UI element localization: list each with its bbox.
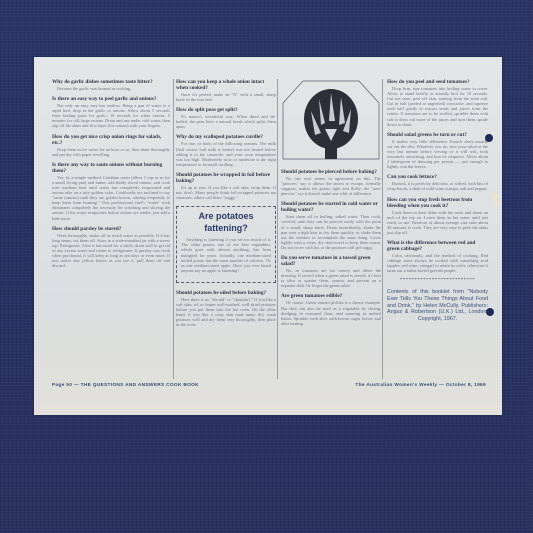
question: Should potatoes be wrapped in foil befor… [176,172,276,184]
qa-item: How can you keep a whole onion intact wh… [176,79,276,102]
qa-item: Should potatoes be oiled before baking?H… [176,290,276,328]
punch-hole-icon [486,308,494,316]
question: Do you serve tomatoes in a tossed green … [281,255,381,267]
qa-item: Is there any way to saute onions without… [52,162,170,221]
column-3: Should potatoes be pierced before baking… [281,79,381,331]
qa-item: Can you cook lettuce?Braised, it is perf… [387,174,488,191]
question: How do you peel and seed tomatoes? [387,79,488,85]
answer: Braised, it is perfectly delicious, or w… [387,181,488,191]
artichoke-icon [281,79,381,161]
answer: Color, obviously, and the method of cook… [387,253,488,273]
answer: Yes, by a simple method. Combine water (… [52,175,170,221]
qa-item: What is the difference between red and g… [387,240,488,273]
footer-publication: The Australian Women's Weekly — October … [355,383,486,388]
answer: Here there is no "should" or "shouldn't.… [176,297,276,328]
question: Should potatoes be oiled before baking? [176,290,276,296]
question: Are green tomatoes edible? [281,293,381,299]
answer: Because the garlic was burned in cooking… [52,86,170,91]
column-2: How can you keep a whole onion intact wh… [176,79,276,332]
qa-item: How do split peas get split?It's nature'… [176,107,276,129]
column-4: How do you peel and seed tomatoes?Drop f… [387,79,488,322]
credit-note: Contents of this booklet from "Nobody Ev… [387,289,488,322]
question: Why do garlic dishes sometimes taste bit… [52,79,170,85]
answer: No one ever seems in agreement on this. … [281,176,381,196]
footer-page-label: Page 50 — THE QUESTIONS AND ANSWERS COOK… [52,383,199,388]
question: What is the difference between red and g… [387,240,488,252]
question: Should salad greens be torn or cut? [387,132,488,138]
punch-hole-icon [485,134,493,142]
answer: It makes very little difference. French … [387,139,488,170]
sidebar-box: Are potatoes fattening? Anything is fatt… [176,206,276,283]
question: How do split peas get split? [176,107,276,113]
question: How should parsley be stored? [52,226,170,232]
answer: Once it's peeled, make an "X" with a sma… [176,92,276,102]
artichoke-illustration [281,79,381,161]
qa-item: Should potatoes be pierced before baking… [281,169,381,196]
answer: Drop them in ice water for an hour or so… [52,147,170,157]
qa-item: How do you peel and seed tomatoes?Drop f… [387,79,488,127]
question: How do you get nice crisp onion rings fo… [52,134,170,146]
answer: Of course. Green tomato pickles is a cla… [281,300,381,325]
answer: Cook them in their skins with the roots … [387,210,488,235]
answer: For one, or both, of the following reaso… [176,141,276,166]
qa-item: Should salad greens be torn or cut?It ma… [387,132,488,170]
answer: No, as tomatoes are too watery and dilut… [281,268,381,288]
question: How can you stop fresh beetroot from ble… [387,197,488,209]
qa-item: Should potatoes be wrapped in foil befor… [176,172,276,200]
answer: Start them off in boiling, salted water.… [281,214,381,250]
qa-item: Why do my scalloped potatoes curdle?For … [176,134,276,166]
box-body: Anything is fattening if you eat too muc… [181,237,271,273]
qa-item: Do you serve tomatoes in a tossed green … [281,255,381,288]
answer: Wash thoroughly, shake off as much water… [52,233,170,269]
question: Should potatoes be started in cold water… [281,201,381,213]
qa-item: How do you get nice crisp onion rings fo… [52,134,170,157]
star-separator: ************************** [387,278,488,283]
column-divider [382,79,383,379]
answer: It's nature's wonderful way. When dried … [176,114,276,129]
question: Is there any way to saute onions without… [52,162,170,174]
box-title: Are potatoes fattening? [181,210,271,234]
torn-edge [492,193,502,207]
magazine-page: Why do garlic dishes sometimes taste bit… [34,57,502,415]
question: Can you cook lettuce? [387,174,488,180]
answer: It's up to you. If you like a soft skin,… [176,185,276,200]
qa-item: Why do garlic dishes sometimes taste bit… [52,79,170,91]
answer: Drop firm, ripe tomatoes into boiling wa… [387,86,488,127]
column-1: Why do garlic dishes sometimes taste bit… [52,79,170,273]
qa-item: Are green tomatoes edible?Of course. Gre… [281,293,381,325]
qa-item: Should potatoes be started in cold water… [281,201,381,250]
question: How can you keep a whole onion intact wh… [176,79,276,91]
question: Should potatoes be pierced before baking… [281,169,381,175]
question: Is there an easy way to peel garlic and … [52,96,170,102]
column-divider [277,79,278,379]
column-divider [173,79,174,379]
qa-item: Is there an easy way to peel garlic and … [52,96,170,128]
qa-item: How should parsley be stored?Wash thorou… [52,226,170,269]
question: Why do my scalloped potatoes curdle? [176,134,276,140]
answer: Not only an easy way but tearless. Bring… [52,103,170,128]
qa-item: How can you stop fresh beetroot from ble… [387,197,488,235]
